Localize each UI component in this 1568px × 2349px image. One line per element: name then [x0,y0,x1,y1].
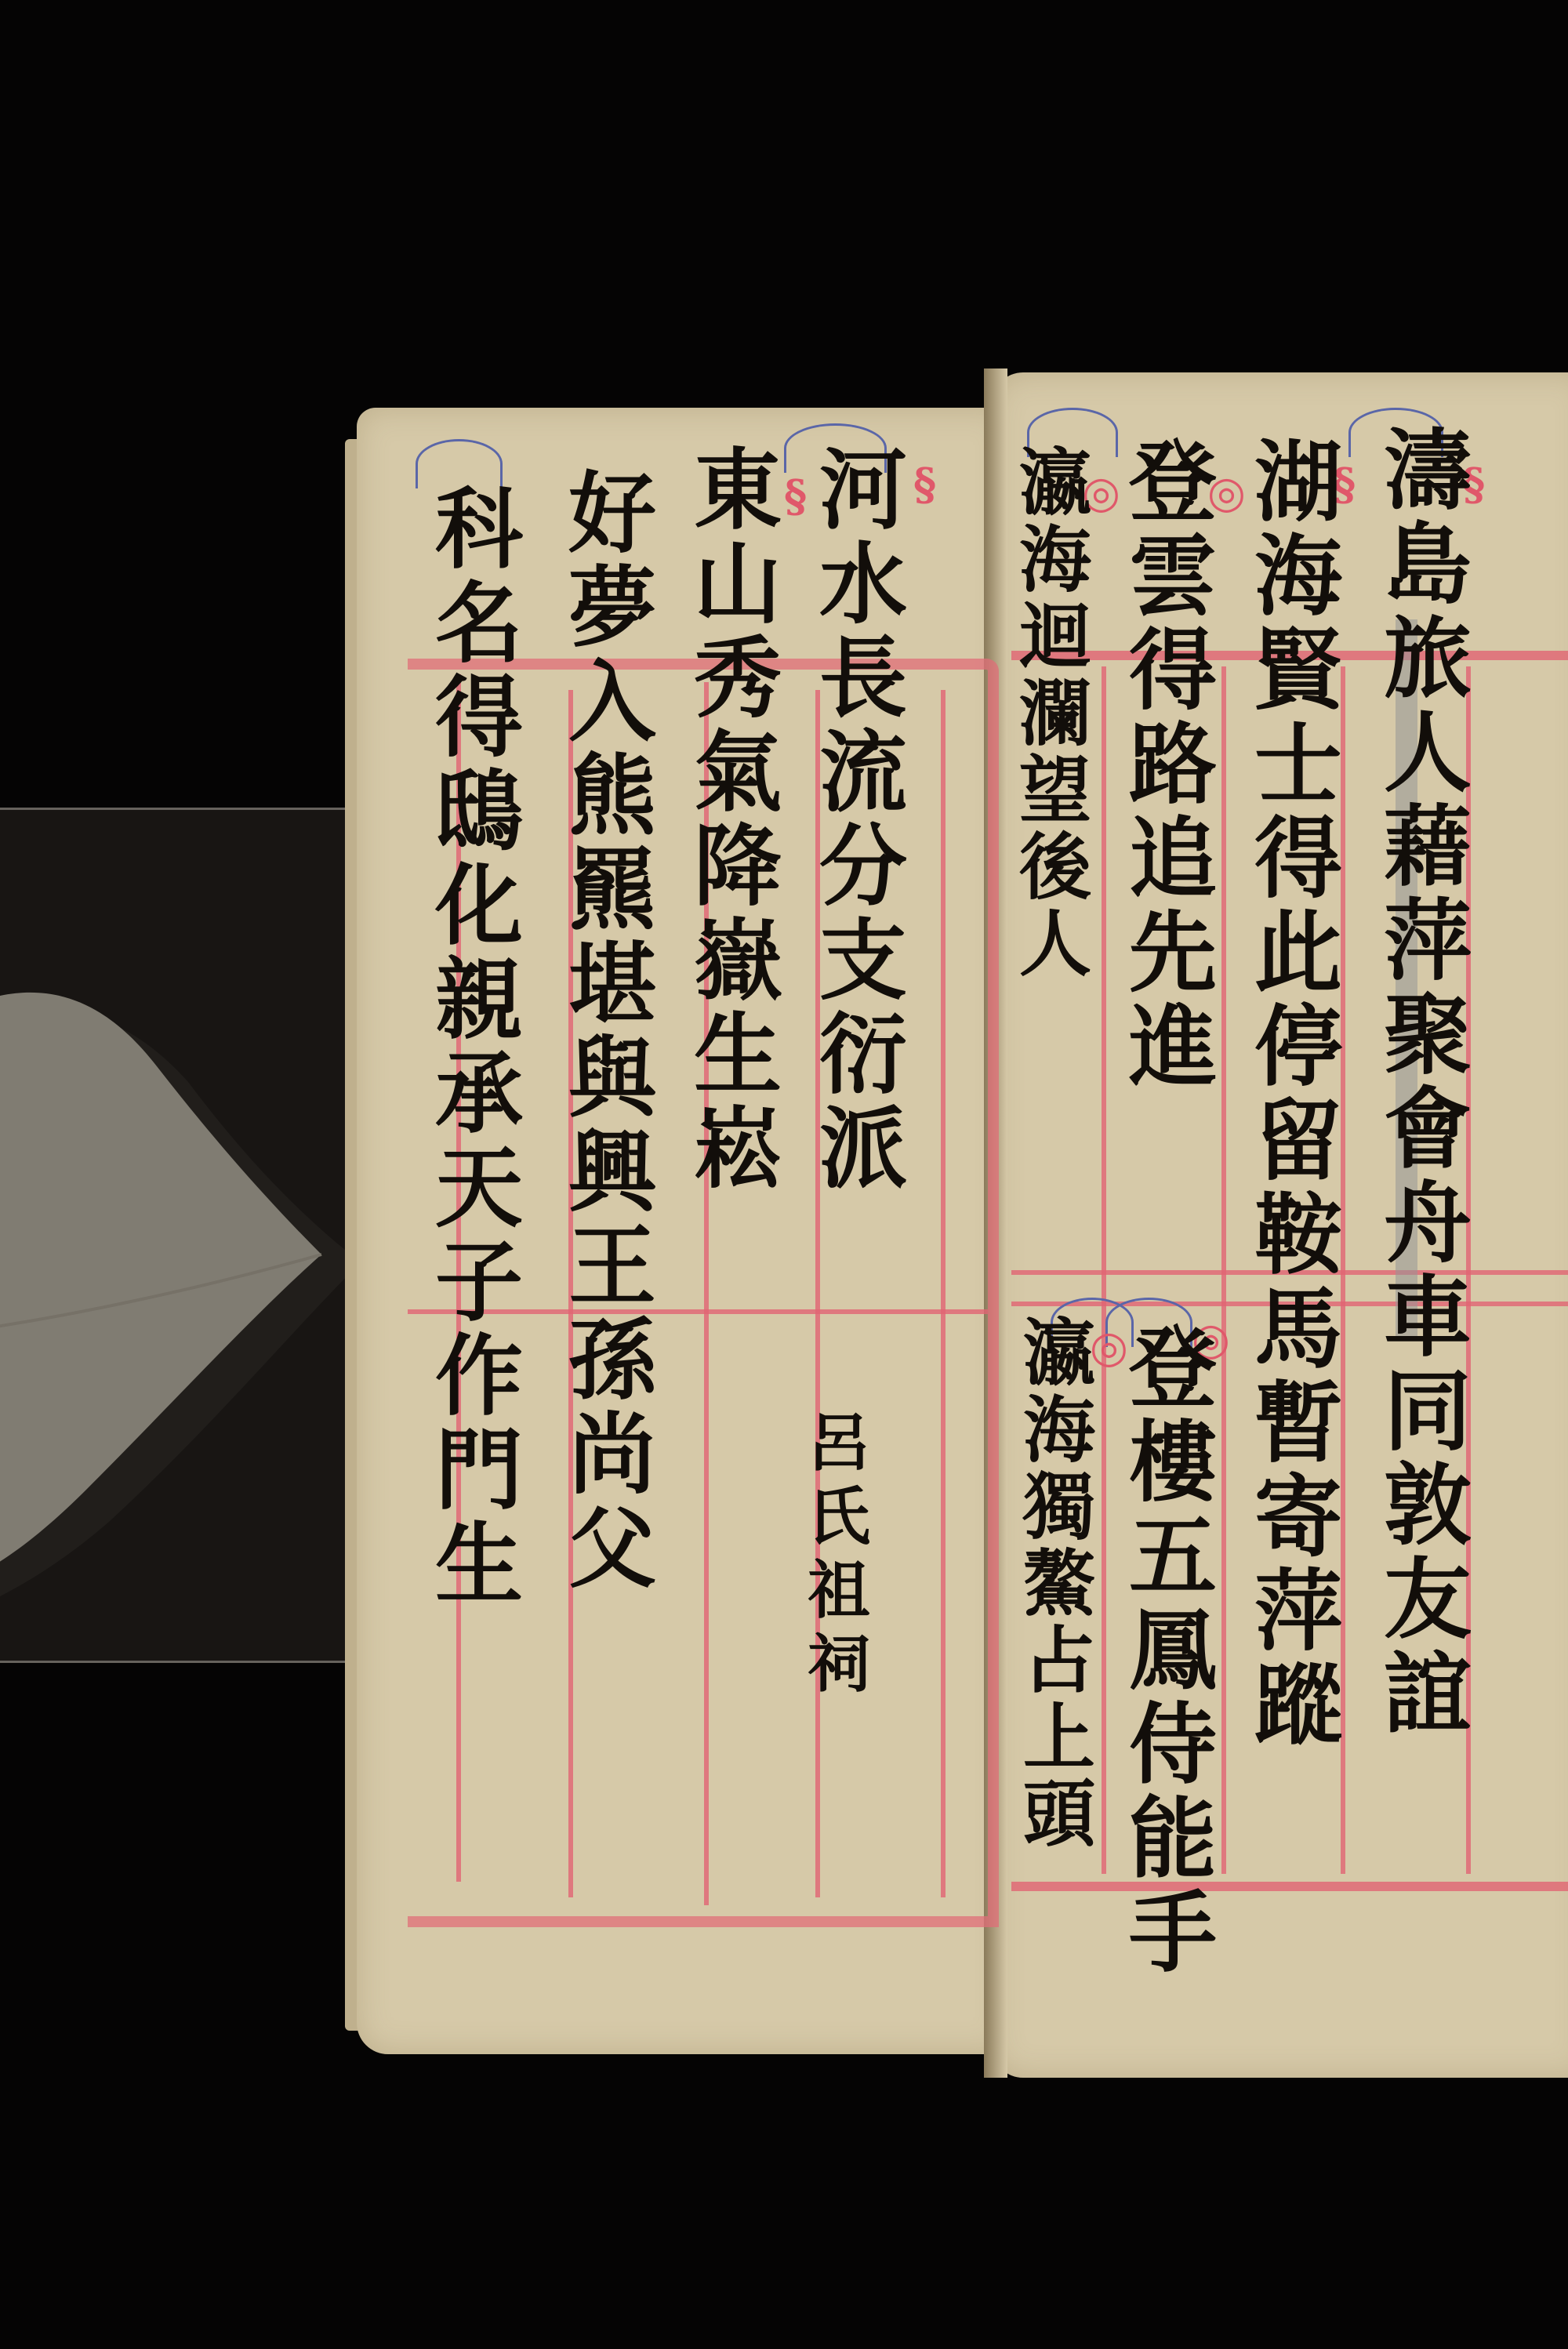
calligraphy-character: 熊 [568,753,656,840]
calligraphy-character: 承 [435,1051,523,1138]
calligraphy-character: 天 [435,1145,523,1233]
calligraphy-character: 人 [1019,908,1091,980]
calligraphy-character: 五 [1129,1513,1217,1601]
calligraphy-character: 作 [435,1333,523,1421]
calligraphy-character: 水 [819,541,907,629]
calligraphy-character: 化 [435,862,523,950]
calligraphy-character: 能 [1129,1795,1217,1883]
calligraphy-character: 流 [819,729,907,817]
calligraphy-character: 賢 [1254,627,1342,715]
calligraphy-character: 車 [1384,1274,1472,1362]
calligraphy-character: 鴟 [435,768,523,856]
calligraphy-character: 寄 [1254,1474,1342,1562]
calligraphy-character: 占 [1023,1625,1095,1697]
calligraphy-character: 與 [568,1035,656,1123]
red-circle-mark: ◎ [1090,1325,1128,1369]
calligraphy-character: 海 [1019,524,1091,596]
calligraphy-character: 山 [694,541,782,629]
calligraphy-character: 友 [1384,1556,1472,1644]
calligraphy-character: 祖 [808,1559,870,1621]
calligraphy-character: 河 [819,447,907,535]
calligraphy-character: 瀛 [1023,1317,1095,1389]
left-column-3: 好夢入熊羆堪與興王孫尚父 [568,470,656,1599]
calligraphy-character: 萍 [1384,898,1472,986]
calligraphy-character: 科 [435,486,523,574]
calligraphy-character: 氣 [694,729,782,817]
calligraphy-character: 萍 [1254,1568,1342,1656]
calligraphy-character: 士 [1254,721,1342,809]
calligraphy-character: 崧 [694,1106,782,1193]
calligraphy-character: 好 [568,470,656,558]
calligraphy-character: 堪 [568,941,656,1029]
calligraphy-character: 海 [1254,533,1342,621]
calligraphy-character: 得 [1254,815,1342,903]
calligraphy-character: 雲 [1129,533,1217,621]
calligraphy-character: 親 [435,957,523,1044]
right-column-3-bottom: 登樓五鳳侍能手 [1129,1325,1217,1984]
calligraphy-character: 門 [435,1427,523,1515]
calligraphy-character: 入 [568,659,656,746]
calligraphy-character: 暫 [1254,1380,1342,1468]
calligraphy-character: 嶽 [694,917,782,1005]
calligraphy-character: 呂 [808,1411,870,1474]
calligraphy-character: 藉 [1384,804,1472,891]
calligraphy-character: 孫 [568,1317,656,1405]
calligraphy-character: 鰲 [1023,1548,1095,1620]
calligraphy-character: 生 [435,1521,523,1609]
calligraphy-character: 尚 [568,1411,656,1499]
calligraphy-character: 登 [1129,1325,1217,1413]
calligraphy-character: 望 [1019,754,1091,826]
calligraphy-character: 迴 [1019,601,1091,673]
calligraphy-character: 蹤 [1254,1662,1342,1750]
calligraphy-character: 興 [568,1129,656,1217]
calligraphy-character: 路 [1129,721,1217,809]
calligraphy-character: 人 [1384,710,1472,797]
calligraphy-character: 濤 [1384,427,1472,515]
calligraphy-character: 登 [1129,439,1217,527]
left-column-4: 科名得鴟化親承天子作門生 [435,486,523,1615]
calligraphy-character: 手 [1129,1890,1217,1977]
rule [1102,666,1106,1874]
calligraphy-character: 名 [435,580,523,668]
calligraphy-character: 羆 [568,847,656,935]
calligraphy-character: 長 [819,635,907,723]
calligraphy-character: 海 [1023,1394,1095,1466]
red-circle-mark: § [913,463,936,506]
calligraphy-character: 瀾 [1019,677,1091,750]
calligraphy-character: 獨 [1023,1471,1095,1543]
calligraphy-character: 同 [1384,1368,1472,1456]
calligraphy-character: 湖 [1254,439,1342,527]
calligraphy-character: 旅 [1384,615,1472,703]
calligraphy-character: 先 [1129,909,1217,997]
calligraphy-character: 瀛 [1019,447,1091,519]
calligraphy-character: 會 [1384,1086,1472,1174]
calligraphy-character: 降 [694,823,782,911]
calligraphy-character: 頭 [1023,1778,1095,1850]
calligraphy-character: 得 [1129,627,1217,715]
calligraphy-character: 侍 [1129,1701,1217,1789]
calligraphy-character: 得 [435,674,523,762]
left-column-2: 東山秀氣降嶽生崧 [694,447,782,1200]
calligraphy-character: 停 [1254,1004,1342,1091]
calligraphy-character: 進 [1129,1004,1217,1091]
calligraphy-character: 王 [568,1223,656,1311]
calligraphy-character: 夢 [568,565,656,652]
red-circle-mark: § [784,474,807,518]
calligraphy-character: 留 [1254,1098,1342,1185]
right-column-4-top: 瀛海迴瀾望後人 [1019,447,1091,985]
calligraphy-character: 祠 [808,1632,870,1695]
calligraphy-character: 樓 [1129,1419,1217,1507]
calligraphy-character: 後 [1019,831,1091,903]
calligraphy-character: 此 [1254,909,1342,997]
calligraphy-character: 敦 [1384,1462,1472,1550]
calligraphy-character: 馬 [1254,1286,1342,1374]
calligraphy-character: 舟 [1384,1180,1472,1268]
rule [941,690,946,1897]
calligraphy-character: 上 [1023,1701,1095,1774]
calligraphy-character: 派 [819,1106,907,1193]
calligraphy-character: 衍 [819,1011,907,1099]
calligraphy-character: 父 [568,1505,656,1593]
calligraphy-character: 氏 [808,1485,870,1548]
rule [1011,1882,1568,1891]
calligraphy-character: 鞍 [1254,1192,1342,1280]
calligraphy-character: 誼 [1384,1650,1472,1738]
calligraphy-character: 生 [694,1011,782,1099]
right-column-2: 湖海賢士得此停留鞍馬暫寄萍蹤 [1254,439,1342,1756]
right-column-1: 濤島旅人藉萍聚會舟車同敦友誼 [1384,427,1472,1745]
calligraphy-character: 支 [819,917,907,1005]
right-column-3-top: 登雲得路追先進 [1129,439,1217,1098]
calligraphy-character: 子 [435,1239,523,1327]
calligraphy-character: 聚 [1384,992,1472,1080]
rule [1221,666,1226,1874]
calligraphy-character: 島 [1384,521,1472,609]
left-column-1: 河水長流分支衍派 [819,447,907,1200]
right-column-4-bottom: 瀛海獨鰲占上頭 [1023,1317,1095,1855]
calligraphy-character: 分 [819,823,907,911]
calligraphy-character: 秀 [694,635,782,723]
calligraphy-character: 東 [694,447,782,535]
ancestral-hall-inscription: 呂氏祖祠 [808,1411,870,1706]
calligraphy-character: 鳳 [1129,1607,1217,1695]
calligraphy-character: 追 [1129,815,1217,903]
